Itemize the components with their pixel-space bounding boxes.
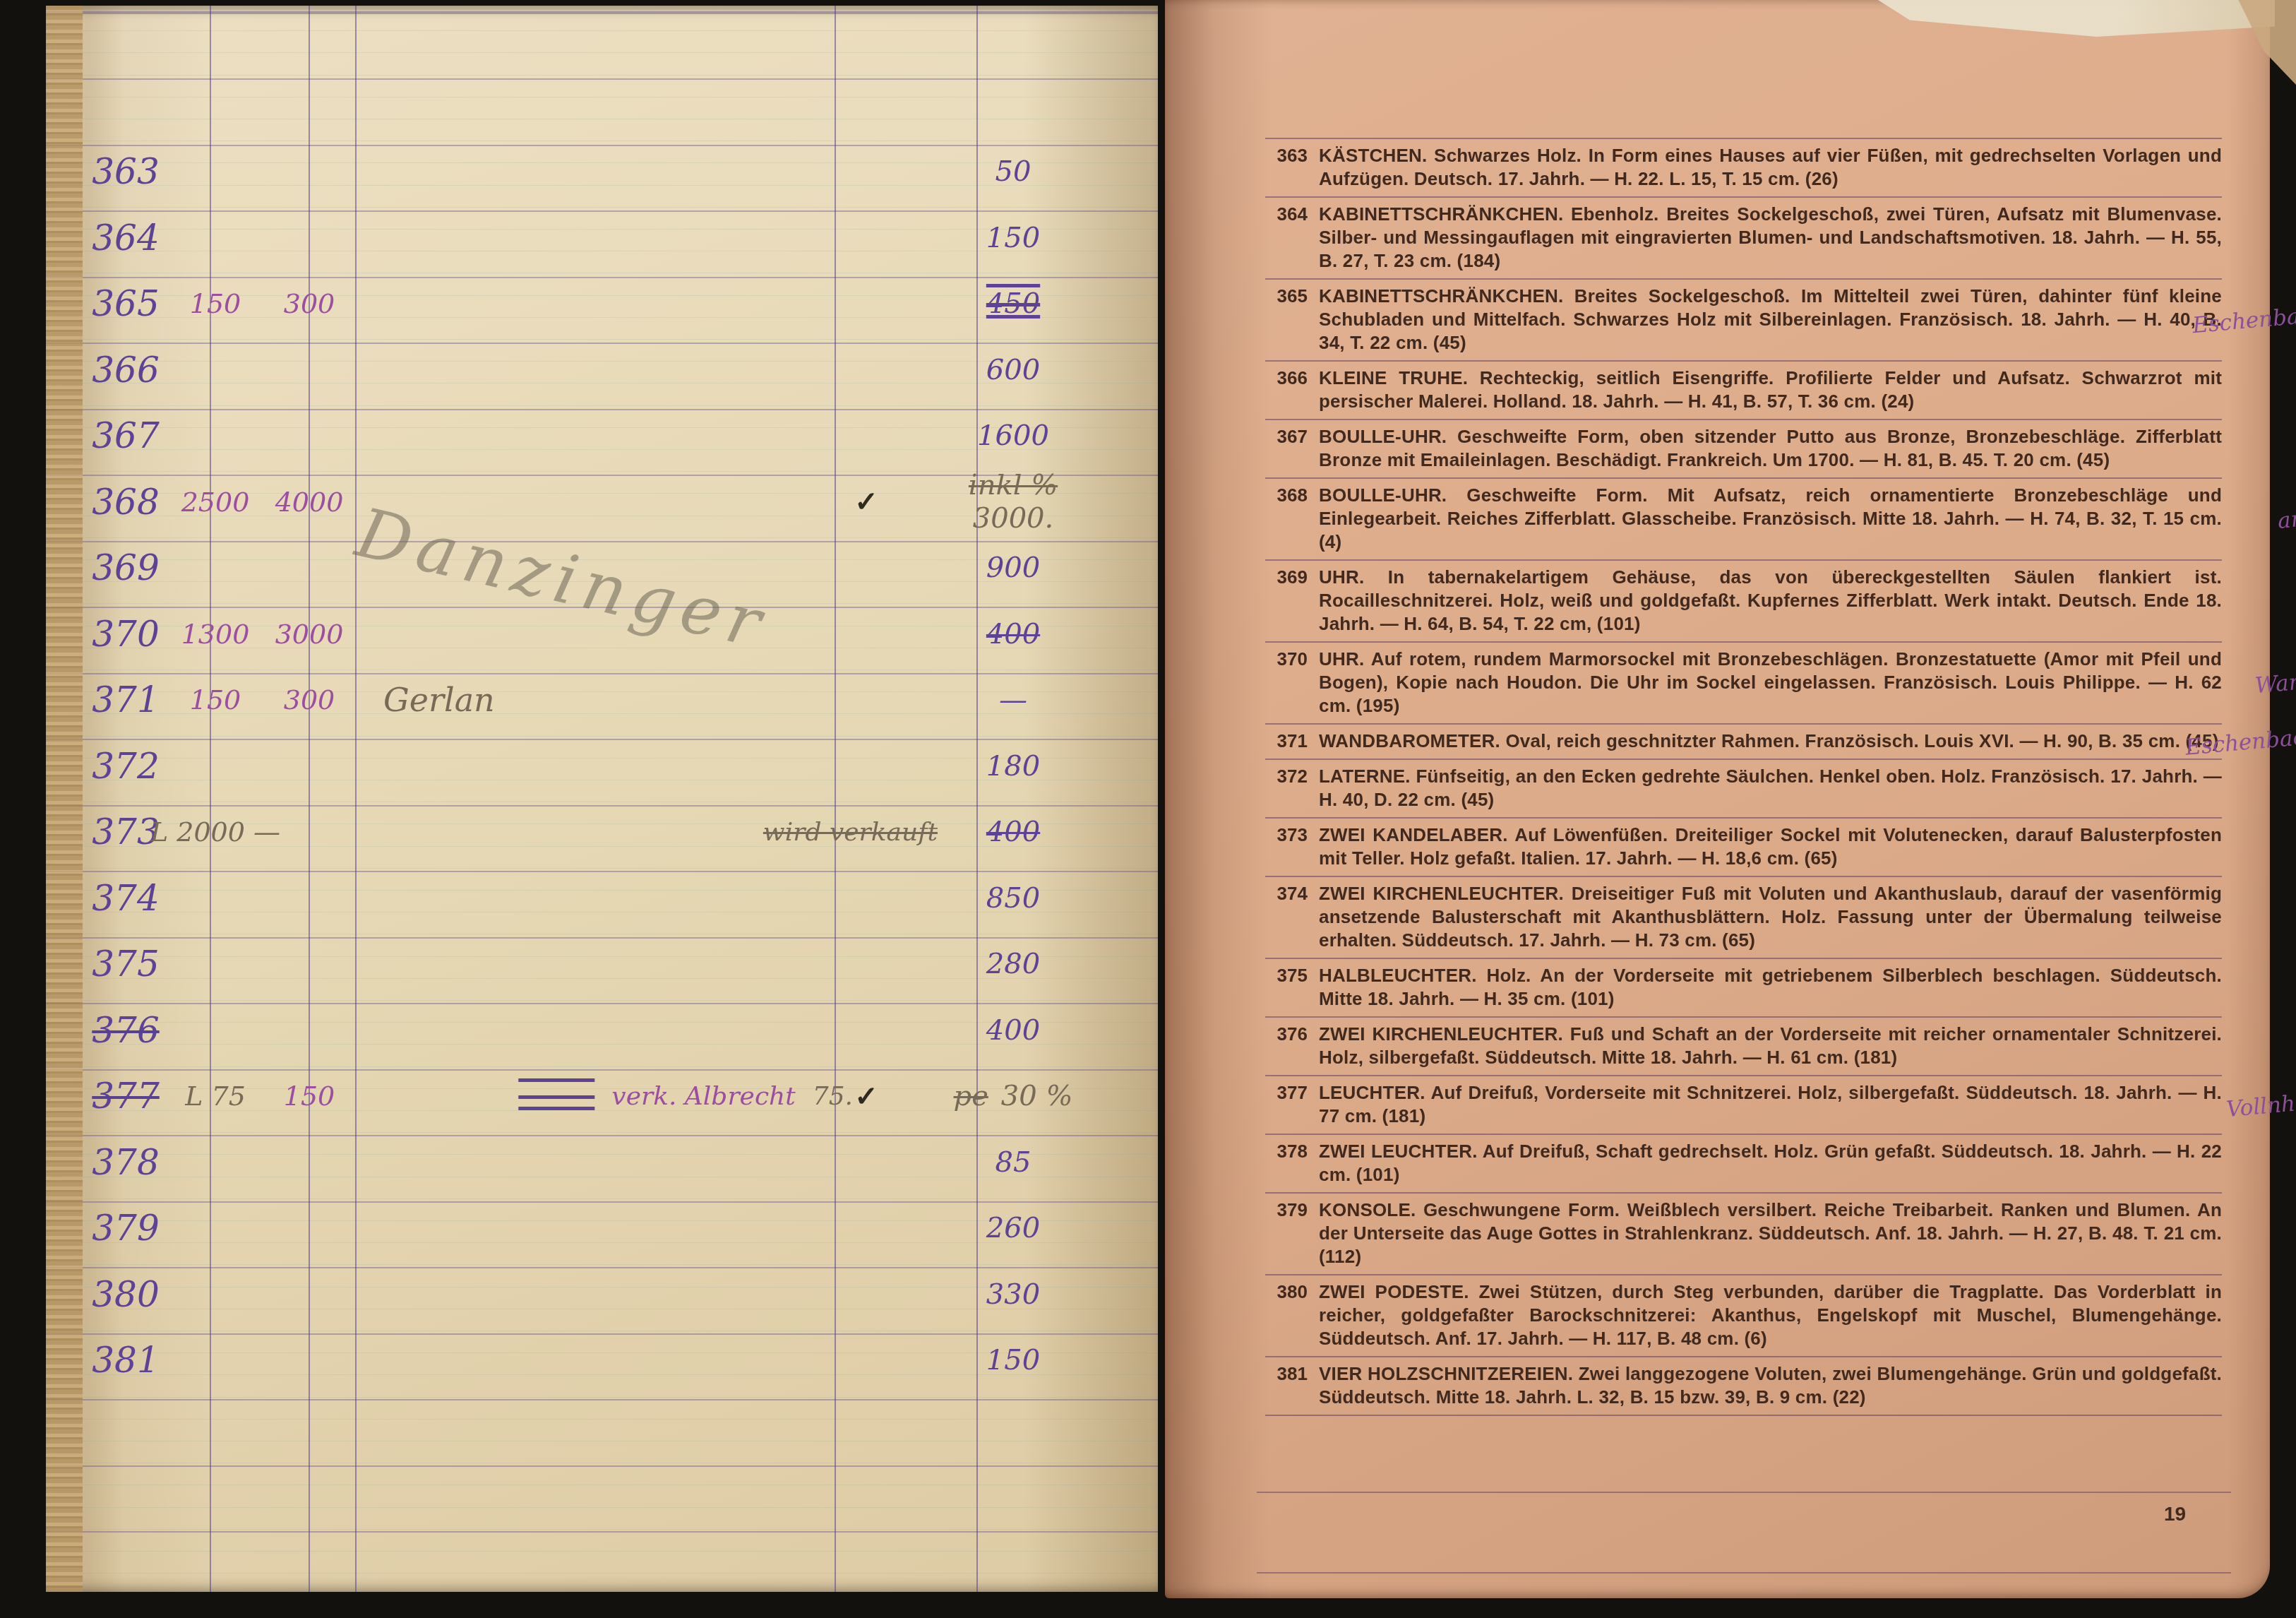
ledger-row: 37885 (46, 1129, 1158, 1196)
lot-number: 369 (87, 535, 165, 601)
note-text: verk. Albrecht (611, 1082, 795, 1111)
entry-number: 366 (1265, 367, 1308, 413)
catalog-entry: 372LATERNE. Fünfseitig, an den Ecken ged… (1265, 759, 2222, 817)
result-text: 1600 (977, 420, 1049, 452)
catalog-entry: 367BOULLE-UHR. Geschweifte Form, oben si… (1265, 419, 2222, 477)
lot-number-text: 375 (92, 944, 159, 985)
entry-number: 374 (1265, 882, 1308, 952)
lot-number: 372 (87, 733, 165, 799)
entry-text: ZWEI KIRCHENLEUCHTER. Dreiseitiger Fuß m… (1319, 882, 2222, 952)
ledger-row: 36350 (46, 138, 1158, 205)
catalog-entry: 380ZWEI PODESTE. Zwei Stützen, durch Ste… (1265, 1274, 2222, 1356)
lot-number-text: 379 (92, 1208, 159, 1249)
price-value: 150 (284, 1081, 335, 1112)
entry-text: BOULLE-UHR. Geschweifte Form, oben sitze… (1319, 425, 2222, 472)
catalog-entry: 369UHR. In tabernakelartigem Gehäuse, da… (1265, 559, 2222, 641)
checkmark-cell: ✓ (838, 469, 895, 535)
entry-text: WANDBAROMETER. Oval, reich geschnitzter … (1319, 730, 2222, 753)
result-text: 3000. (897, 502, 1130, 535)
price-value: 300 (284, 684, 335, 715)
checkmark-icon: ✓ (854, 1080, 878, 1113)
result-text: 330 (986, 1278, 1040, 1311)
price-column-1: 2500 (166, 469, 265, 535)
result-amount: 400 (897, 799, 1130, 865)
result-amount: 150 (897, 205, 1130, 271)
ledger-row: 377L 75150———verk. Albrecht75.✓pe30 % (46, 1063, 1158, 1129)
result-text: 400 (986, 816, 1040, 848)
ledger-row: 376400 (46, 997, 1158, 1064)
result-text: 50 (995, 155, 1032, 188)
catalog-entry: 378ZWEI LEUCHTER. Auf Dreifuß, Schaft ge… (1265, 1134, 2222, 1192)
result-text: 85 (995, 1146, 1032, 1179)
margin-note: Waren (2254, 667, 2296, 699)
price-column-1: L 2000 — (166, 799, 265, 865)
ledger-row: 372180 (46, 733, 1158, 799)
lot-number-text: 381 (92, 1340, 159, 1381)
lot-number-text: 373 (92, 811, 159, 852)
result-text: 150 (986, 1344, 1040, 1376)
price-column-2: 3000 (263, 601, 355, 667)
lot-number-text: 374 (92, 878, 159, 919)
price-value: 4000 (275, 487, 344, 518)
lot-number: 363 (87, 138, 165, 205)
result-text: 900 (986, 552, 1040, 584)
page-number: 19 (2164, 1503, 2186, 1525)
price-column-1: 150 (166, 270, 265, 337)
entry-number: 367 (1265, 425, 1308, 472)
result-text: 180 (986, 750, 1040, 783)
lot-number-text: 370 (92, 614, 159, 655)
entry-text: BOULLE-UHR. Geschweifte Form. Mit Aufsat… (1319, 484, 2222, 554)
lot-number-text: 364 (92, 218, 159, 258)
lot-number: 367 (87, 403, 165, 469)
book-spread: 3635036415036515030045036660036716003682… (0, 0, 2296, 1618)
result-amount: 400 (897, 997, 1130, 1064)
result-amount: inkl %3000. (897, 469, 1130, 535)
catalog-page: 363KÄSTCHEN. Schwarzes Holz. In Form ein… (1165, 0, 2270, 1598)
result-amount: 600 (897, 337, 1130, 403)
handwritten-note: wird verkauft (447, 799, 938, 865)
result-amount: pe30 % (897, 1063, 1130, 1129)
lot-number-text: 368 (92, 482, 159, 523)
lot-number-text: 378 (92, 1142, 159, 1183)
price-value: L 75 (185, 1081, 246, 1112)
result-text: — (999, 684, 1027, 716)
entry-number: 376 (1265, 1023, 1308, 1069)
result-amount: 180 (897, 733, 1130, 799)
ledger-row: 371150300Gerlan— (46, 667, 1158, 733)
entry-text: LATERNE. Fünfseitig, an den Ecken gedreh… (1319, 765, 2222, 811)
result-text: 260 (986, 1212, 1040, 1244)
result-text: 150 (986, 222, 1040, 254)
entry-number: 377 (1265, 1081, 1308, 1128)
catalog-entry: 373ZWEI KANDELABER. Auf Löwenfüßen. Drei… (1265, 817, 2222, 876)
lot-number-text: 372 (92, 746, 159, 787)
lot-number-text: 376 (92, 1010, 159, 1051)
lot-number-text: 377 (92, 1076, 159, 1117)
entry-text: ZWEI LEUCHTER. Auf Dreifuß, Schaft gedre… (1319, 1140, 2222, 1186)
ledger-row: 365150300450 (46, 270, 1158, 337)
entry-text: LEUCHTER. Auf Dreifuß, Vorderseite mit S… (1319, 1081, 2222, 1128)
ledger-row: 374850 (46, 865, 1158, 932)
catalog-entry: 371WANDBAROMETER. Oval, reich geschnitzt… (1265, 723, 2222, 759)
entry-number: 370 (1265, 648, 1308, 718)
result-amount: 400 (897, 601, 1130, 667)
note-text: ——— (518, 1082, 594, 1111)
lot-number-text: 371 (92, 679, 159, 720)
price-value: 1300 (181, 619, 250, 650)
entry-number: 375 (1265, 964, 1308, 1011)
handwritten-note: Gerlan (362, 667, 853, 733)
result-text: 280 (986, 948, 1040, 980)
entry-text: UHR. Auf rotem, rundem Marmorsockel mit … (1319, 648, 2222, 718)
lot-number: 371 (87, 667, 165, 733)
price-column-2: 300 (263, 667, 355, 733)
result-text: 850 (986, 882, 1040, 915)
margin-note: Vollnhals (2225, 1088, 2296, 1122)
price-column-2: 4000 (263, 469, 355, 535)
price-value: 150 (190, 684, 241, 715)
ledger-rows: 3635036415036515030045036660036716003682… (46, 6, 1158, 1592)
catalog-entry: 374ZWEI KIRCHENLEUCHTER. Dreiseitiger Fu… (1265, 876, 2222, 958)
result-amount: — (897, 667, 1130, 733)
catalog-entry: 377LEUCHTER. Auf Dreifuß, Vorderseite mi… (1265, 1075, 2222, 1134)
entry-text: KONSOLE. Geschwungene Form. Weißblech ve… (1319, 1198, 2222, 1268)
entry-text: HALBLEUCHTER. Holz. An der Vorderseite m… (1319, 964, 2222, 1011)
ledger-row: 36825004000✓inkl %3000. (46, 469, 1158, 535)
lot-number: 377 (87, 1063, 165, 1129)
lot-number: 374 (87, 865, 165, 932)
catalog-entry: 368BOULLE-UHR. Geschweifte Form. Mit Auf… (1265, 477, 2222, 559)
result-amount: 50 (897, 138, 1130, 205)
lot-number: 379 (87, 1195, 165, 1261)
result-amount: 1600 (897, 403, 1130, 469)
entry-text: KÄSTCHEN. Schwarzes Holz. In Form eines … (1319, 144, 2222, 191)
entry-text: KABINETTSCHRÄNKCHEN. Breites Sockelgesch… (1319, 285, 2222, 355)
result-text: 400 (986, 1014, 1040, 1047)
entry-number: 378 (1265, 1140, 1308, 1186)
entry-number: 372 (1265, 765, 1308, 811)
lot-number-text: 369 (92, 547, 159, 588)
lot-number: 366 (87, 337, 165, 403)
lot-number-text: 363 (92, 151, 159, 192)
ledger-row: 375280 (46, 931, 1158, 997)
entry-text: ZWEI PODESTE. Zwei Stützen, durch Steg v… (1319, 1280, 2222, 1350)
lot-number-text: 380 (92, 1274, 159, 1315)
catalog-entry: 363KÄSTCHEN. Schwarzes Holz. In Form ein… (1265, 138, 2222, 196)
price-value: 3000 (275, 619, 344, 650)
ledger-row: 379260 (46, 1195, 1158, 1261)
result-amount: 260 (897, 1195, 1130, 1261)
catalog-entry: 370UHR. Auf rotem, rundem Marmorsockel m… (1265, 641, 2222, 723)
catalog-entry: 366KLEINE TRUHE. Rechteckig, seitlich Ei… (1265, 360, 2222, 419)
ruled-line (1257, 1572, 2231, 1574)
entry-number: 364 (1265, 203, 1308, 273)
lot-number: 378 (87, 1129, 165, 1196)
ledger-row: 373L 2000 —wird verkauft400 (46, 799, 1158, 865)
price-column-2: 150 (263, 1063, 355, 1129)
entry-text: UHR. In tabernakelartigem Gehäuse, das v… (1319, 566, 2222, 636)
entry-text: ZWEI KANDELABER. Auf Löwenfüßen. Dreitei… (1319, 823, 2222, 870)
lot-number: 375 (87, 931, 165, 997)
lot-number: 380 (87, 1261, 165, 1328)
note-text: Gerlan (383, 681, 495, 719)
margin-note: arco (2276, 504, 2296, 534)
checkmark-cell: ✓ (838, 1063, 895, 1129)
catalog-entry: 375HALBLEUCHTER. Holz. An der Vorderseit… (1265, 958, 2222, 1016)
lot-number-text: 367 (92, 415, 159, 456)
lot-number: 364 (87, 205, 165, 271)
entry-number: 363 (1265, 144, 1308, 191)
catalog-entry: 376ZWEI KIRCHENLEUCHTER. Fuß und Schaft … (1265, 1016, 2222, 1075)
result-amount: 85 (897, 1129, 1130, 1196)
catalog-entry: 379KONSOLE. Geschwungene Form. Weißblech… (1265, 1192, 2222, 1274)
result-text: 450 (986, 287, 1040, 320)
ledger-row: 364150 (46, 205, 1158, 271)
price-column-1: 150 (166, 667, 265, 733)
result-amount: 330 (897, 1261, 1130, 1328)
lot-number-text: 365 (92, 283, 159, 324)
lot-number-text: 366 (92, 350, 159, 391)
result-amount: 280 (897, 931, 1130, 997)
entry-number: 368 (1265, 484, 1308, 554)
entry-text: ZWEI KIRCHENLEUCHTER. Fuß und Schaft an … (1319, 1023, 2222, 1069)
lot-number: 376 (87, 997, 165, 1064)
price-column-2: 300 (263, 270, 355, 337)
entry-number: 371 (1265, 730, 1308, 753)
entry-number: 365 (1265, 285, 1308, 355)
result-amount: 150 (897, 1327, 1130, 1393)
result-amount: 900 (897, 535, 1130, 601)
entry-number: 373 (1265, 823, 1308, 870)
lot-number: 368 (87, 469, 165, 535)
entry-text: VIER HOLZSCHNITZEREIEN. Zwei langgezogen… (1319, 1362, 2222, 1409)
result-amount: 450 (897, 270, 1130, 337)
result-text: pe (954, 1080, 988, 1112)
entry-number: 369 (1265, 566, 1308, 636)
result-text: inkl % (969, 469, 1058, 501)
entry-number: 379 (1265, 1198, 1308, 1268)
catalog-entry: 365KABINETTSCHRÄNKCHEN. Breites Sockelge… (1265, 278, 2222, 360)
entry-number: 381 (1265, 1362, 1308, 1409)
result-text: 30 % (1001, 1080, 1073, 1112)
price-value: 2500 (181, 487, 250, 518)
entry-number: 380 (1265, 1280, 1308, 1350)
price-column-1: L 75 (166, 1063, 265, 1129)
lot-number: 381 (87, 1327, 165, 1393)
ledger-page: 3635036415036515030045036660036716003682… (46, 6, 1158, 1592)
ledger-row: 381150 (46, 1327, 1158, 1393)
ruled-line (1257, 1492, 2231, 1493)
price-value: 150 (190, 288, 241, 319)
price-column-1: 1300 (166, 601, 265, 667)
catalog-entry: 381VIER HOLZSCHNITZEREIEN. Zwei langgezo… (1265, 1356, 2222, 1416)
lot-number: 365 (87, 270, 165, 337)
lot-number: 370 (87, 601, 165, 667)
checkmark-icon: ✓ (854, 485, 878, 518)
ledger-row: 366600 (46, 337, 1158, 403)
result-text: 600 (986, 354, 1040, 386)
price-value: L 2000 — (150, 816, 280, 847)
entry-text: KLEINE TRUHE. Rechteckig, seitlich Eisen… (1319, 367, 2222, 413)
ledger-row: 3671600 (46, 403, 1158, 469)
handwritten-note: ———verk. Albrecht75. (362, 1063, 853, 1129)
result-text: 400 (986, 618, 1040, 650)
margin-note: Eschenbach. (2184, 722, 2296, 760)
result-amount: 850 (897, 865, 1130, 932)
catalog-entry: 364KABINETTSCHRÄNKCHEN. Ebenholz. Breite… (1265, 196, 2222, 278)
catalog-entries: 363KÄSTCHEN. Schwarzes Holz. In Form ein… (1265, 138, 2222, 1416)
price-value: 300 (284, 288, 335, 319)
ledger-row: 380330 (46, 1261, 1158, 1328)
entry-text: KABINETTSCHRÄNKCHEN. Ebenholz. Breites S… (1319, 203, 2222, 273)
